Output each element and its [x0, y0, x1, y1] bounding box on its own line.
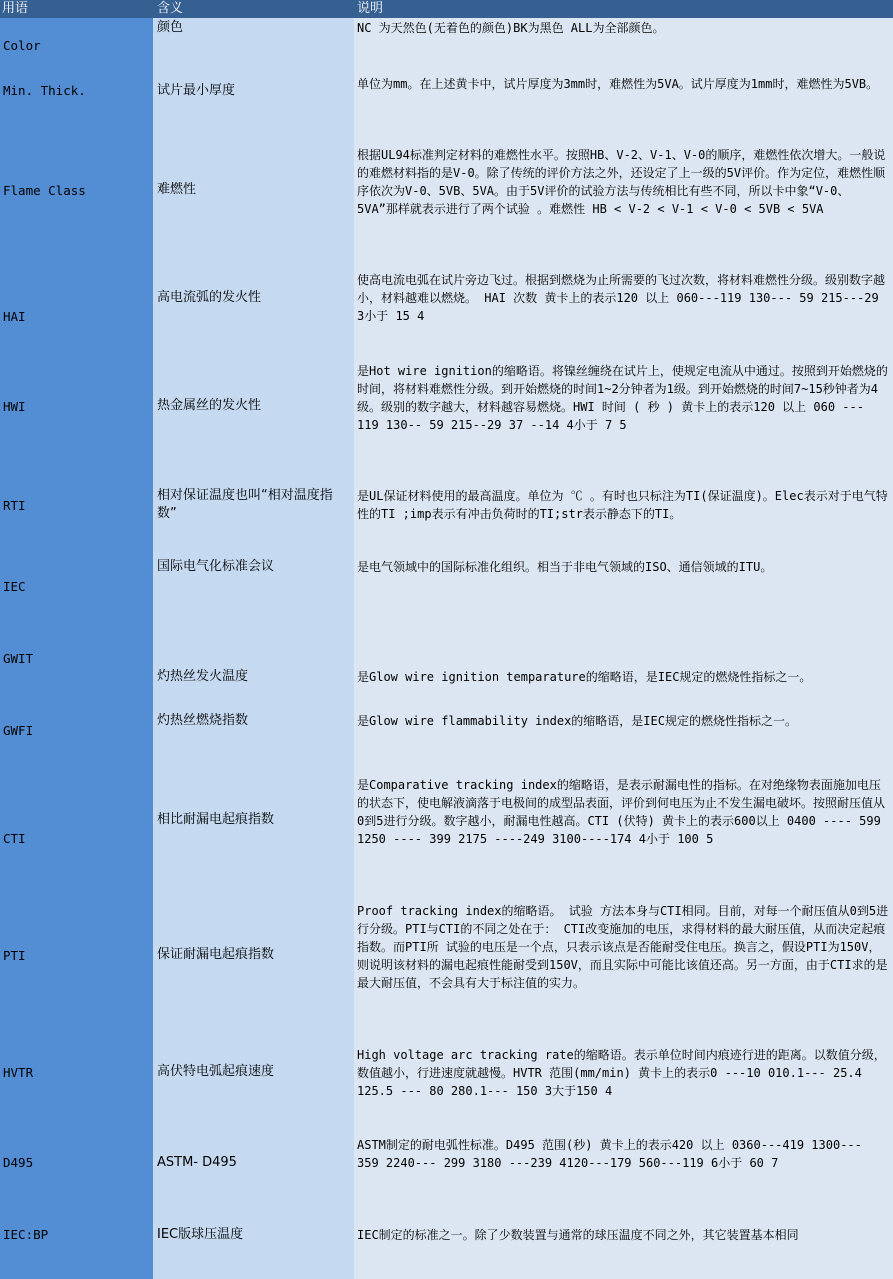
description-cell: IEC制定的标准之一。除了少数装置与通常的球压温度不同之外，其它装置基本相同: [357, 1226, 890, 1244]
table-header: 用语 含义 说明: [0, 0, 893, 18]
term-column: [0, 18, 153, 1279]
term-cell: Color: [3, 37, 151, 55]
term-cell: D495: [3, 1154, 151, 1172]
description-cell: 使高电流电弧在试片旁边飞过。根据到燃烧为止所需要的飞过次数，将材料难燃性分级。级…: [357, 271, 890, 325]
term-cell: Flame Class: [3, 182, 151, 200]
description-cell: 是Glow wire ignition temparature的缩略语，是IEC…: [357, 668, 890, 686]
term-cell: IEC:BP: [3, 1226, 151, 1244]
meaning-cell: 灼热丝发火温度: [157, 668, 352, 686]
meaning-cell: 灼热丝燃烧指数: [157, 712, 352, 730]
description-cell: 单位为mm。在上述黄卡中，试片厚度为3mm时，难燃性为5VA。试片厚度为1mm时…: [357, 75, 890, 93]
description-cell: 是Comparative tracking index的缩略语，是表示耐漏电性的…: [357, 776, 890, 848]
meaning-cell: ASTM- D495: [157, 1154, 352, 1172]
term-cell: HAI: [3, 308, 151, 326]
meaning-cell: 高伏特电弧起痕速度: [157, 1063, 352, 1081]
header-term: 用语: [2, 0, 28, 18]
meaning-cell: 热金属丝的发火性: [157, 397, 352, 415]
meaning-cell: 难燃性: [157, 181, 352, 199]
meaning-cell: 相对保证温度也叫“相对温度指数”: [157, 487, 352, 523]
description-cell: ASTM制定的耐电弧性标准。D495 范围(秒) 黄卡上的表示420 以上 03…: [357, 1136, 890, 1172]
meaning-cell: 试片最小厚度: [157, 82, 352, 100]
header-meaning: 含义: [157, 0, 183, 18]
description-cell: 是Hot wire ignition的缩略语。将镍丝缠绕在试片上，使规定电流从中…: [357, 362, 890, 434]
description-cell: 根据UL94标准判定材料的难燃性水平。按照HB、V-2、V-1、V-0的顺序，难…: [357, 146, 890, 218]
description-cell: 是Glow wire flammability index的缩略语，是IEC规定…: [357, 712, 890, 730]
description-cell: High voltage arc tracking rate的缩略语。表示单位时…: [357, 1046, 890, 1100]
description-cell: 是UL保证材料使用的最高温度。单位为 ℃ 。有时也只标注为TI(保证温度)。El…: [357, 487, 890, 523]
term-cell: Min. Thick.: [3, 82, 151, 100]
meaning-cell: 相比耐漏电起痕指数: [157, 811, 352, 829]
meaning-cell: 保证耐漏电起痕指数: [157, 946, 352, 964]
term-cell: HWI: [3, 398, 151, 416]
term-cell: GWFI: [3, 722, 151, 740]
meaning-cell: 国际电气化标准会议: [157, 558, 352, 576]
description-cell: NC 为天然色(无着色的颜色)BK为黑色 ALL为全部颜色。: [357, 19, 890, 37]
meaning-column: [153, 18, 354, 1279]
term-cell: IEC: [3, 578, 151, 596]
term-cell: GWIT: [3, 650, 151, 668]
header-description: 说明: [357, 0, 383, 18]
term-cell: RTI: [3, 497, 151, 515]
term-cell: CTI: [3, 830, 151, 848]
description-cell: 是电气领域中的国际标准化组织。相当于非电气领域的ISO、通信领域的ITU。: [357, 558, 890, 576]
term-cell: PTI: [3, 947, 151, 965]
meaning-cell: 高电流弧的发火性: [157, 289, 352, 307]
meaning-cell: 颜色: [157, 19, 352, 37]
description-cell: Proof tracking index的缩略语。 试验 方法本身与CTI相同。…: [357, 902, 890, 992]
meaning-cell: IEC版球压温度: [157, 1226, 352, 1244]
term-cell: HVTR: [3, 1064, 151, 1082]
